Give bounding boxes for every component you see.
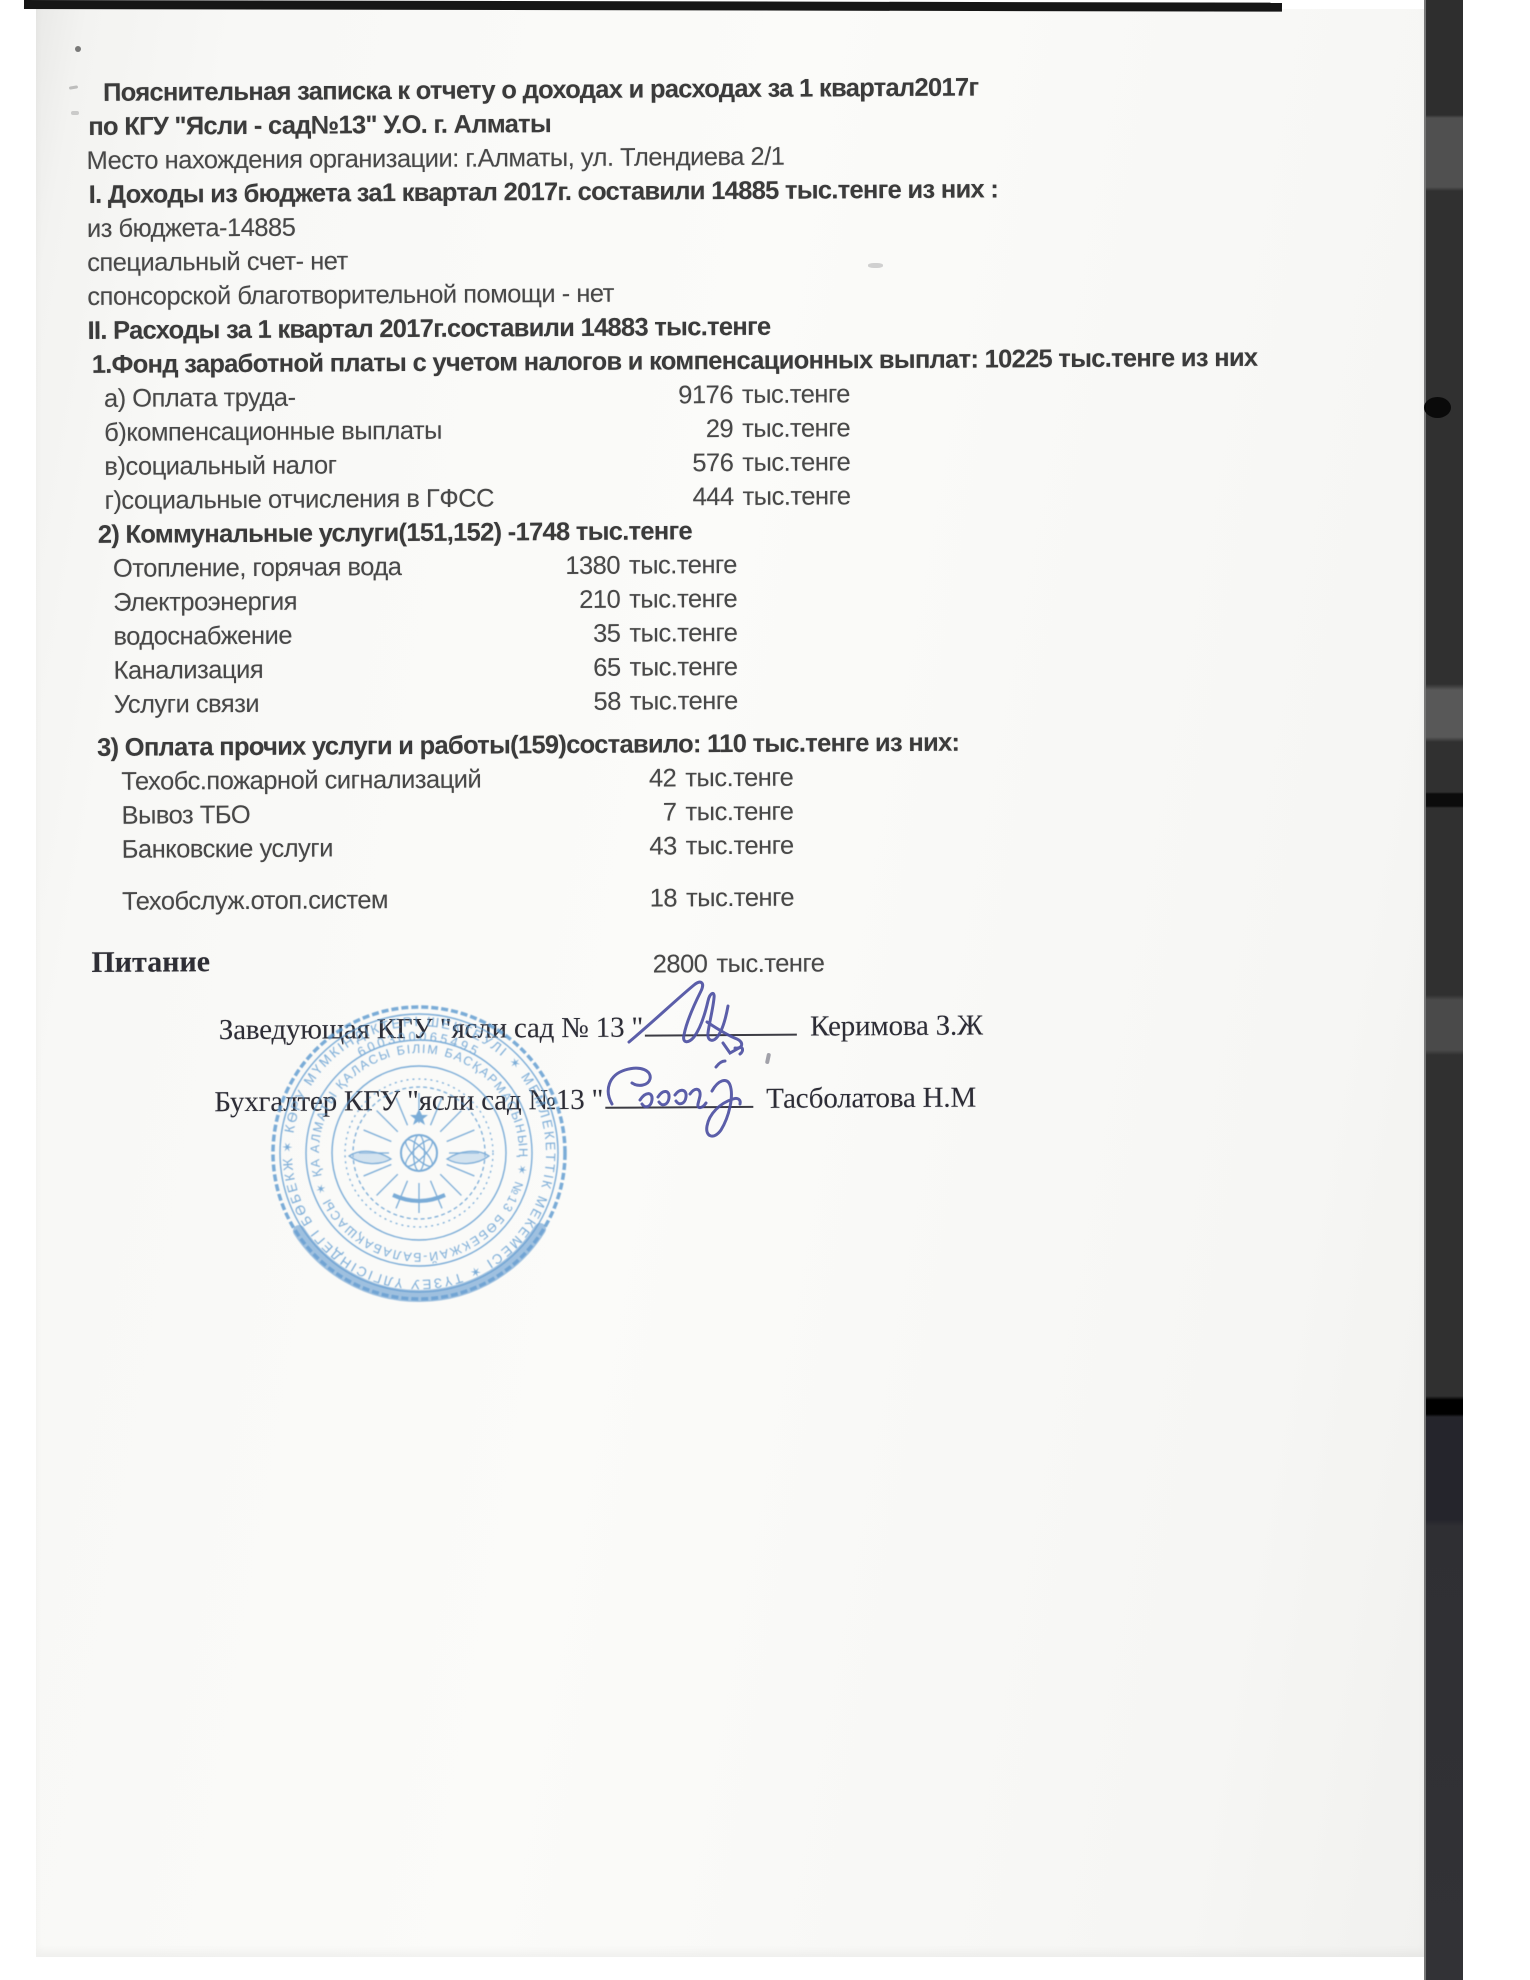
expense-value: 1380тыс.тенге xyxy=(525,548,737,583)
expense-amount: 65 xyxy=(526,651,621,686)
payroll-items: а) Оплата труда- 9176тыс.тенге б)компенс… xyxy=(2,373,1530,518)
expense-amount: 18 xyxy=(582,881,677,916)
expense-unit: тыс.тенге xyxy=(630,687,738,716)
expense-value: 444тыс.тенге xyxy=(638,479,850,514)
expense-label: Отопление, горячая вода xyxy=(113,553,402,583)
expense-label: Услуги связи xyxy=(114,690,259,719)
expense-unit: тыс.тенге xyxy=(716,949,824,978)
maintenance-row: Техобслуж.отоп.систем 18тыс.тенге xyxy=(5,876,1530,919)
expense-label: Банковские услуги xyxy=(122,834,333,863)
income-line-text: спонсорской благотворительной помощи - н… xyxy=(87,280,614,311)
scanned-document-page: Пояснительная записка к отчету о доходах… xyxy=(0,0,1530,1980)
income-line-text: из бюджета-14885 xyxy=(87,214,296,243)
expense-value: 43тыс.тенге xyxy=(582,829,794,864)
expense-unit: тыс.тенге xyxy=(686,884,794,913)
expense-unit: тыс.тенге xyxy=(629,551,737,580)
expense-unit: тыс.тенге xyxy=(685,764,793,793)
expense-label: Техобс.пожарной сигнализаций xyxy=(121,766,481,796)
expense-value: 35тыс.тенге xyxy=(525,616,737,651)
expense-amount: 210 xyxy=(525,583,620,618)
document-body: Пояснительная записка к отчету о доходах… xyxy=(0,67,1530,986)
expense-value: 65тыс.тенге xyxy=(526,650,738,685)
expense-label: Техобслуж.отоп.систем xyxy=(122,886,388,916)
expense-amount: 35 xyxy=(525,617,620,652)
expense-unit: тыс.тенге xyxy=(685,798,793,827)
signature-name: Керимова З.Ж xyxy=(810,1010,983,1043)
expense-value: 576тыс.тенге xyxy=(638,445,850,480)
expense-amount: 29 xyxy=(638,412,733,447)
expense-unit: тыс.тенге xyxy=(742,448,850,477)
expense-unit: тыс.тенге xyxy=(629,585,737,614)
income-lines: из бюджета-14885 специальный счет- нет с… xyxy=(1,203,1530,314)
expense-amount: 444 xyxy=(638,480,733,515)
expense-unit: тыс.тенге xyxy=(742,482,850,511)
expense-value: 9176тыс.тенге xyxy=(638,377,850,412)
expense-amount: 576 xyxy=(638,446,733,481)
expense-amount: 1380 xyxy=(525,549,620,584)
expense-label: Питание xyxy=(91,945,210,979)
expense-label: б)компенсационные выплаты xyxy=(104,417,442,447)
expense-value: 210тыс.тенге xyxy=(525,582,737,617)
expense-amount: 9176 xyxy=(638,378,733,413)
signature-role: Бухгалтер КГУ "ясли сад №13 " xyxy=(214,1084,603,1118)
expense-amount: 42 xyxy=(581,761,676,796)
expense-label: Вывоз ТБО xyxy=(121,801,250,830)
other-services-items: Техобс.пожарной сигнализаций 42тыс.тенге… xyxy=(4,756,1530,867)
income-line-text: специальный счет- нет xyxy=(87,247,348,277)
signature-line xyxy=(605,1080,753,1109)
expense-label: водоснабжение xyxy=(113,622,292,651)
expense-amount: 2800 xyxy=(587,947,707,982)
expense-label: Канализация xyxy=(114,656,264,685)
expense-amount: 7 xyxy=(581,795,676,830)
expense-unit: тыс.тенге xyxy=(742,380,850,409)
expense-label: Электроэнергия xyxy=(113,588,297,617)
expense-value: 42тыс.тенге xyxy=(581,761,793,796)
signature-row-director: Заведующая КГУ "ясли сад № 13 "Керимова … xyxy=(219,1007,983,1048)
expense-unit: тыс.тенге xyxy=(742,414,850,443)
expense-value: 18тыс.тенге xyxy=(582,881,794,916)
signature-name: Тасболатова Н.М xyxy=(766,1082,976,1115)
expense-unit: тыс.тенге xyxy=(686,832,794,861)
expense-unit: тыс.тенге xyxy=(630,653,738,682)
expense-value: 58тыс.тенге xyxy=(526,684,738,719)
signature-row-accountant: Бухгалтер КГУ "ясли сад №13 "Тасболатова… xyxy=(214,1079,976,1120)
expense-value: 2800тыс.тенге xyxy=(587,946,824,981)
expense-label: а) Оплата труда- xyxy=(104,384,296,413)
expense-label: г)социальные отчисления в ГФСС xyxy=(105,484,495,514)
expense-amount: 58 xyxy=(526,685,621,720)
signature-role: Заведующая КГУ "ясли сад № 13 " xyxy=(219,1012,643,1047)
expense-label: в)социальный налог xyxy=(104,451,336,480)
paper-speck xyxy=(75,46,81,52)
expense-amount: 43 xyxy=(582,829,677,864)
signature-line xyxy=(645,1008,797,1037)
expense-value: 7тыс.тенге xyxy=(581,795,793,830)
expense-unit: тыс.тенге xyxy=(629,619,737,648)
expense-value: 29тыс.тенге xyxy=(638,411,850,446)
utilities-items: Отопление, горячая вода 1380тыс.тенге Эл… xyxy=(3,543,1530,722)
